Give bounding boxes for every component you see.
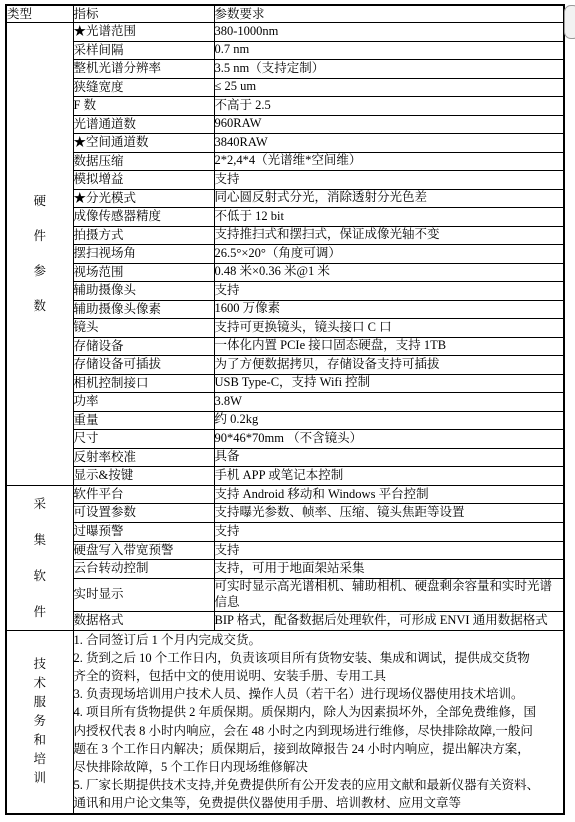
service-term-line: 5. 厂家长期提供技术支持,并免费提供所有公开发表的应用文献和最新仪器有关资料、 bbox=[74, 776, 564, 794]
category-cell: 采集软件 bbox=[6, 485, 73, 630]
indicator-cell: 数据压缩 bbox=[73, 152, 214, 171]
value-cell: 0.7 nm bbox=[214, 41, 564, 60]
indicator-cell: ★空间通道数 bbox=[73, 134, 214, 153]
service-term-line: 尽快排除故障，5 个工作日内现场维修解决 bbox=[74, 758, 564, 776]
table-row: 显示&按键手机 APP 或笔记本控制 bbox=[6, 467, 564, 486]
category-char: 集 bbox=[7, 522, 73, 558]
table-row: 存储设备可插拔为了方便数据拷贝，存储设备支持可插拔 bbox=[6, 356, 564, 375]
indicator-cell: 重量 bbox=[73, 411, 214, 430]
table-row: 整机光谱分辨率3.5 nm（支持定制） bbox=[6, 60, 564, 79]
table-row: 拍摄方式支持推扫式和摆扫式，保证成像光轴不变 bbox=[6, 226, 564, 245]
indicator-cell: 尺寸 bbox=[73, 430, 214, 449]
value-cell: 960RAW bbox=[214, 115, 564, 134]
indicator-cell: 过曝预警 bbox=[73, 522, 214, 541]
value-cell: 支持 bbox=[214, 282, 564, 301]
value-cell: 具备 bbox=[214, 448, 564, 467]
table-row: 反射率校准具备 bbox=[6, 448, 564, 467]
value-cell: 不高于 2.5 bbox=[214, 97, 564, 116]
table-row: ★空间通道数3840RAW bbox=[6, 134, 564, 153]
table-row: F 数不高于 2.5 bbox=[6, 97, 564, 116]
value-cell: 支持 bbox=[214, 522, 564, 541]
value-cell: 3.8W bbox=[214, 393, 564, 412]
table-row: 模拟增益支持 bbox=[6, 171, 564, 190]
table-row: 视场范围0.48 米×0.36 米@1 米 bbox=[6, 263, 564, 282]
value-cell: 支持推扫式和摆扫式，保证成像光轴不变 bbox=[214, 226, 564, 245]
category-char: 术 bbox=[7, 674, 73, 693]
service-term-line: 4. 项目所有货物提供 2 年质保期。质保期内，除人为因素损坏外，全部免费维修，… bbox=[74, 703, 564, 721]
indicator-cell: 硬盘写入带宽预警 bbox=[73, 541, 214, 560]
value-cell: 支持 Android 移动和 Windows 平台控制 bbox=[214, 485, 564, 504]
indicator-cell: 光谱通道数 bbox=[73, 115, 214, 134]
table-row: 狭缝宽度≤ 25 um bbox=[6, 78, 564, 97]
indicator-cell: 镜头 bbox=[73, 319, 214, 338]
service-term-line: 1. 合同签订后 1 个月内完成交货。 bbox=[74, 631, 564, 649]
header-indicator: 指标 bbox=[73, 5, 214, 23]
value-cell: 26.5°×20°（角度可调） bbox=[214, 245, 564, 264]
table-row: 功率3.8W bbox=[6, 393, 564, 412]
category-cell: 硬件参数 bbox=[6, 23, 73, 486]
category-char: 件 bbox=[7, 219, 73, 254]
service-term-line: 通讯和用户论文集等，免费提供仪器使用手册、培训教材、应用文章等 bbox=[74, 794, 564, 812]
table-row: 数据格式BIP 格式，配备数据后处理软件，可形成 ENVI 通用数据格式 bbox=[6, 611, 564, 630]
value-cell: 支持可更换镜头，镜头接口 C 口 bbox=[214, 319, 564, 338]
table-row: ★分光模式同心圆反射式分光，消除透射分光色差 bbox=[6, 189, 564, 208]
value-cell: 380-1000nm bbox=[214, 23, 564, 42]
indicator-cell: 可设置参数 bbox=[73, 504, 214, 523]
indicator-cell: F 数 bbox=[73, 97, 214, 116]
value-cell: 可实时显示高光谱相机、辅助相机、硬盘剩余容量和实时光谱信息 bbox=[214, 579, 564, 612]
indicator-cell: 整机光谱分辨率 bbox=[73, 60, 214, 79]
value-cell: 支持 bbox=[214, 171, 564, 190]
header-type: 类型 bbox=[6, 5, 73, 23]
category-char: 数 bbox=[7, 289, 73, 324]
table-row: 数据压缩2*2,4*4（光谱维*空间维） bbox=[6, 152, 564, 171]
header-requirement: 参数要求 bbox=[214, 5, 564, 23]
value-cell: 支持，可用于地面架站采集 bbox=[214, 560, 564, 579]
value-cell: 手机 APP 或笔记本控制 bbox=[214, 467, 564, 486]
table-row: 相机控制接口USB Type-C，支持 Wifi 控制 bbox=[6, 374, 564, 393]
table-row: 重量约 0.2kg bbox=[6, 411, 564, 430]
table-row: 技术服务和培训1. 合同签订后 1 个月内完成交货。2. 货到之后 10 个工作… bbox=[6, 630, 564, 814]
table-row: 辅助摄像头支持 bbox=[6, 282, 564, 301]
indicator-cell: 数据格式 bbox=[73, 611, 214, 630]
indicator-cell: 相机控制接口 bbox=[73, 374, 214, 393]
indicator-cell: 狭缝宽度 bbox=[73, 78, 214, 97]
category-char: 训 bbox=[7, 769, 73, 788]
service-terms-cell: 1. 合同签订后 1 个月内完成交货。2. 货到之后 10 个工作日内，负责该项… bbox=[73, 630, 564, 814]
scrollbar-thumb[interactable] bbox=[564, 5, 575, 39]
indicator-cell: 模拟增益 bbox=[73, 171, 214, 190]
value-cell: ≤ 25 um bbox=[214, 78, 564, 97]
table-row: 摆扫视场角26.5°×20°（角度可调） bbox=[6, 245, 564, 264]
table-row: 镜头支持可更换镜头，镜头接口 C 口 bbox=[6, 319, 564, 338]
indicator-cell: 存储设备可插拔 bbox=[73, 356, 214, 375]
indicator-cell: 反射率校准 bbox=[73, 448, 214, 467]
table-row: 可设置参数支持曝光参数、帧率、压缩、镜头焦距等设置 bbox=[6, 504, 564, 523]
table-row: 光谱通道数960RAW bbox=[6, 115, 564, 134]
indicator-cell: 辅助摄像头 bbox=[73, 282, 214, 301]
category-char: 采 bbox=[7, 486, 73, 522]
service-term-line: 齐全的资料，包括中文的使用说明、安装手册、专用工具 bbox=[74, 667, 564, 685]
indicator-cell: 拍摄方式 bbox=[73, 226, 214, 245]
value-cell: 为了方便数据拷贝，存储设备支持可插拔 bbox=[214, 356, 564, 375]
service-term-line: 3. 负责现场培训用户技术人员、操作人员（若干名）进行现场仪器使用技术培训。 bbox=[74, 685, 564, 703]
indicator-cell: 显示&按键 bbox=[73, 467, 214, 486]
indicator-cell: 存储设备 bbox=[73, 337, 214, 356]
document-page: 类型 指标 参数要求 硬件参数★光谱范围380-1000nm采样间隔0.7 nm… bbox=[0, 0, 575, 822]
indicator-cell: ★光谱范围 bbox=[73, 23, 214, 42]
indicator-cell: 视场范围 bbox=[73, 263, 214, 282]
indicator-cell: 功率 bbox=[73, 393, 214, 412]
table-header-row: 类型 指标 参数要求 bbox=[6, 5, 564, 23]
value-cell: 3.5 nm（支持定制） bbox=[214, 60, 564, 79]
value-cell: 同心圆反射式分光，消除透射分光色差 bbox=[214, 189, 564, 208]
category-char: 技 bbox=[7, 655, 73, 674]
table-row: 硬件参数★光谱范围380-1000nm bbox=[6, 23, 564, 42]
category-cell: 技术服务和培训 bbox=[6, 630, 73, 814]
indicator-cell: 软件平台 bbox=[73, 485, 214, 504]
indicator-cell: 实时显示 bbox=[73, 579, 214, 612]
table-row: 采集软件软件平台支持 Android 移动和 Windows 平台控制 bbox=[6, 485, 564, 504]
category-char: 硬 bbox=[7, 184, 73, 219]
category-char: 软 bbox=[7, 558, 73, 594]
value-cell: 不低于 12 bit bbox=[214, 208, 564, 227]
table-row: 实时显示可实时显示高光谱相机、辅助相机、硬盘剩余容量和实时光谱信息 bbox=[6, 579, 564, 612]
service-term-line: 题在 3 个工作日内解决；质保期后，接到故障报告 24 小时内响应，提出解决方案… bbox=[74, 740, 564, 758]
table-row: 成像传感器精度不低于 12 bit bbox=[6, 208, 564, 227]
service-term-line: 2. 货到之后 10 个工作日内，负责该项目所有货物安装、集成和调试，提供成交货… bbox=[74, 649, 564, 667]
spec-table-body: 硬件参数★光谱范围380-1000nm采样间隔0.7 nm整机光谱分辨率3.5 … bbox=[6, 23, 564, 814]
value-cell: 支持曝光参数、帧率、压缩、镜头焦距等设置 bbox=[214, 504, 564, 523]
table-row: 云台转动控制支持，可用于地面架站采集 bbox=[6, 560, 564, 579]
indicator-cell: 辅助摄像头像素 bbox=[73, 300, 214, 319]
table-row: 采样间隔0.7 nm bbox=[6, 41, 564, 60]
table-row: 辅助摄像头像素1600 万像素 bbox=[6, 300, 564, 319]
table-row: 过曝预警支持 bbox=[6, 522, 564, 541]
value-cell: 1600 万像素 bbox=[214, 300, 564, 319]
value-cell: BIP 格式，配备数据后处理软件，可形成 ENVI 通用数据格式 bbox=[214, 611, 564, 630]
value-cell: 90*46*70mm （不含镜头） bbox=[214, 430, 564, 449]
indicator-cell: 成像传感器精度 bbox=[73, 208, 214, 227]
value-cell: 一体化内置 PCIe 接口固态硬盘，支持 1TB bbox=[214, 337, 564, 356]
value-cell: 0.48 米×0.36 米@1 米 bbox=[214, 263, 564, 282]
table-row: 存储设备一体化内置 PCIe 接口固态硬盘，支持 1TB bbox=[6, 337, 564, 356]
value-cell: USB Type-C，支持 Wifi 控制 bbox=[214, 374, 564, 393]
value-cell: 3840RAW bbox=[214, 134, 564, 153]
service-term-line: 内授权代表 8 小时内响应，会在 48 小时之内到现场进行维修，尽快排除故障,一… bbox=[74, 722, 564, 740]
value-cell: 约 0.2kg bbox=[214, 411, 564, 430]
indicator-cell: 云台转动控制 bbox=[73, 560, 214, 579]
category-char: 务 bbox=[7, 712, 73, 731]
category-char: 参 bbox=[7, 254, 73, 289]
value-cell: 2*2,4*4（光谱维*空间维） bbox=[214, 152, 564, 171]
category-char: 服 bbox=[7, 693, 73, 712]
table-row: 硬盘写入带宽预警支持 bbox=[6, 541, 564, 560]
value-cell: 支持 bbox=[214, 541, 564, 560]
category-char: 和 bbox=[7, 731, 73, 750]
indicator-cell: 摆扫视场角 bbox=[73, 245, 214, 264]
table-row: 尺寸90*46*70mm （不含镜头） bbox=[6, 430, 564, 449]
category-char: 件 bbox=[7, 594, 73, 630]
indicator-cell: ★分光模式 bbox=[73, 189, 214, 208]
category-char: 培 bbox=[7, 750, 73, 769]
indicator-cell: 采样间隔 bbox=[73, 41, 214, 60]
spec-table: 类型 指标 参数要求 硬件参数★光谱范围380-1000nm采样间隔0.7 nm… bbox=[5, 4, 565, 815]
